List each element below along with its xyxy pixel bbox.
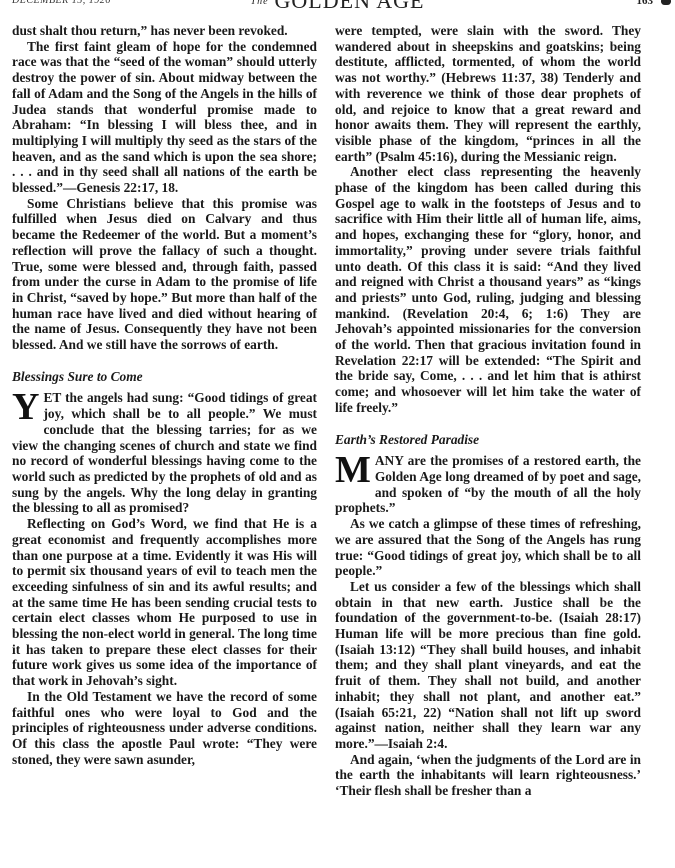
masthead: TheGOLDEN AGE bbox=[0, 0, 675, 12]
ornament-icon bbox=[661, 0, 671, 5]
paragraph-text: ANY are the promises of a restored earth… bbox=[335, 453, 641, 515]
drop-cap: M bbox=[335, 455, 371, 485]
paragraph: Another elect class representing the hea… bbox=[335, 164, 641, 415]
page-header: DECEMBER 15, 1926 TheGOLDEN AGE 163 bbox=[0, 0, 675, 11]
right-column: were tempted, were slain with the sword.… bbox=[335, 23, 641, 799]
paragraph: Reflecting on God’s Word, we find that H… bbox=[12, 516, 317, 689]
page-number: 163 bbox=[637, 0, 654, 7]
drop-cap: Y bbox=[12, 392, 39, 422]
paragraph: dust shalt thou return,” has never been … bbox=[12, 23, 317, 39]
section-heading: Blessings Sure to Come bbox=[12, 369, 317, 385]
paragraph-dropcap: MANY are the promises of a restored eart… bbox=[335, 453, 641, 516]
paragraph: Let us consider a few of the blessings w… bbox=[335, 579, 641, 752]
paragraph: As we catch a glimpse of these times of … bbox=[335, 516, 641, 579]
paragraph: And again, ‘when the judgments of the Lo… bbox=[335, 752, 641, 799]
left-column: dust shalt thou return,” has never been … bbox=[12, 23, 317, 767]
section-heading: Earth’s Restored Paradise bbox=[335, 432, 641, 448]
masthead-prefix: The bbox=[251, 0, 269, 7]
masthead-title: GOLDEN AGE bbox=[275, 0, 425, 13]
paragraph-text: ET the angels had sung: “Good tidings of… bbox=[12, 390, 317, 515]
paragraph: In the Old Testament we have the record … bbox=[12, 689, 317, 768]
paragraph: The first faint gleam of hope for the co… bbox=[12, 39, 317, 196]
paragraph: Some Christians believe that this promis… bbox=[12, 196, 317, 353]
paragraph: were tempted, were slain with the sword.… bbox=[335, 23, 641, 164]
paragraph-dropcap: YET the angels had sung: “Good tidings o… bbox=[12, 390, 317, 516]
